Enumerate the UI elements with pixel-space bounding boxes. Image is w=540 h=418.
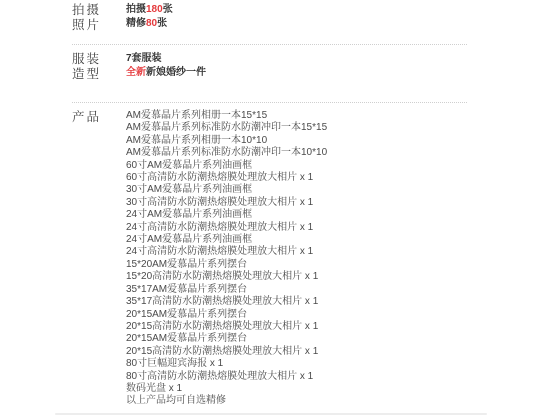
- product-item: AM爱慕晶片系列相册一本15*15: [126, 110, 540, 122]
- product-item: 20*15高清防水防潮热熔膜处理放大相片 x 1: [126, 321, 540, 333]
- photo-retouch-count-row: 精修80张: [126, 17, 540, 31]
- product-item: AM爱慕晶片系列相册一本10*10: [126, 135, 540, 147]
- product-item: 24寸AM爱慕晶片系列油画框: [126, 234, 540, 246]
- product-item: AM爱慕晶片系列标准防水防潮冲印一本15*15: [126, 122, 540, 134]
- product-item: 20*15AM爱慕晶片系列摆台: [126, 309, 540, 321]
- product-item: AM爱慕晶片系列标准防水防潮冲印一本10*10: [126, 147, 540, 159]
- photo-retouch-prefix: 精修: [126, 18, 146, 29]
- product-item: 60寸AM爱慕晶片系列油画框: [126, 160, 540, 172]
- product-item: 20*15AM爱慕晶片系列摆台: [126, 333, 540, 345]
- section-label-products: 产品: [72, 110, 126, 125]
- outfit-count-row: 7套服装: [126, 52, 540, 66]
- product-item: 30寸AM爱慕晶片系列油画框: [126, 184, 540, 196]
- product-item: 20*15高清防水防潮热熔膜处理放大相片 x 1: [126, 346, 540, 358]
- section-label-outfit-line2: 造型: [72, 67, 126, 82]
- section-label-photo: 拍摄 照片: [72, 3, 126, 33]
- section-outfit-styling: 服装 造型 7套服装 全新新娘婚纱一件: [0, 45, 540, 102]
- section-label-photo-line2: 照片: [72, 18, 126, 33]
- outfit-dress-suffix: 新娘婚纱一件: [146, 67, 206, 78]
- product-item: 60寸高清防水防潮热熔膜处理放大相片 x 1: [126, 172, 540, 184]
- product-item: 15*20高清防水防潮热熔膜处理放大相片 x 1: [126, 271, 540, 283]
- product-list: AM爱慕晶片系列相册一本15*15 AM爱慕晶片系列标准防水防潮冲印一本15*1…: [126, 110, 540, 408]
- section-label-outfit: 服装 造型: [72, 52, 126, 82]
- product-item: 24寸高清防水防潮热熔膜处理放大相片 x 1: [126, 222, 540, 234]
- section-products: 产品 AM爱慕晶片系列相册一本15*15 AM爱慕晶片系列标准防水防潮冲印一本1…: [0, 103, 540, 408]
- package-detail-panel: 拍摄 照片 拍摄180张 精修80张 服装 造型 7套服装 全新新娘婚纱一件 产…: [0, 0, 540, 418]
- outfit-values: 7套服装 全新新娘婚纱一件: [126, 52, 540, 80]
- product-item: 数码光盘 x 1: [126, 383, 540, 395]
- product-item: 15*20AM爱慕晶片系列摆台: [126, 259, 540, 271]
- product-item: 35*17AM爱慕晶片系列摆台: [126, 284, 540, 296]
- photo-retouch-suffix: 张: [157, 18, 167, 29]
- product-item: 30寸高清防水防潮热熔膜处理放大相片 x 1: [126, 197, 540, 209]
- outfit-count-prefix: 7套服装: [126, 53, 162, 64]
- section-photo-count: 拍摄 照片 拍摄180张 精修80张: [0, 0, 540, 44]
- next-card-top-edge: [55, 413, 487, 415]
- photo-shot-count: 180: [146, 4, 163, 15]
- photo-shot-prefix: 拍摄: [126, 4, 146, 15]
- photo-shot-suffix: 张: [163, 4, 173, 15]
- photo-shot-count-row: 拍摄180张: [126, 3, 540, 17]
- photo-retouch-count: 80: [146, 18, 157, 29]
- photo-values: 拍摄180张 精修80张: [126, 3, 540, 31]
- products-values: AM爱慕晶片系列相册一本15*15 AM爱慕晶片系列标准防水防潮冲印一本15*1…: [126, 110, 540, 408]
- product-item: 80寸巨幅迎宾海报 x 1: [126, 358, 540, 370]
- section-label-photo-line1: 拍摄: [72, 3, 126, 18]
- product-item: 35*17高清防水防潮热熔膜处理放大相片 x 1: [126, 296, 540, 308]
- product-item: 以上产品均可自选精修: [126, 395, 540, 407]
- product-item: 80寸高清防水防潮热熔膜处理放大相片 x 1: [126, 371, 540, 383]
- section-label-outfit-line1: 服装: [72, 52, 126, 67]
- section-label-products-text: 产品: [72, 110, 126, 125]
- outfit-dress-row: 全新新娘婚纱一件: [126, 66, 540, 80]
- outfit-dress-highlight: 全新: [126, 67, 146, 78]
- product-item: 24寸AM爱慕晶片系列油画框: [126, 209, 540, 221]
- product-item: 24寸高清防水防潮热熔膜处理放大相片 x 1: [126, 246, 540, 258]
